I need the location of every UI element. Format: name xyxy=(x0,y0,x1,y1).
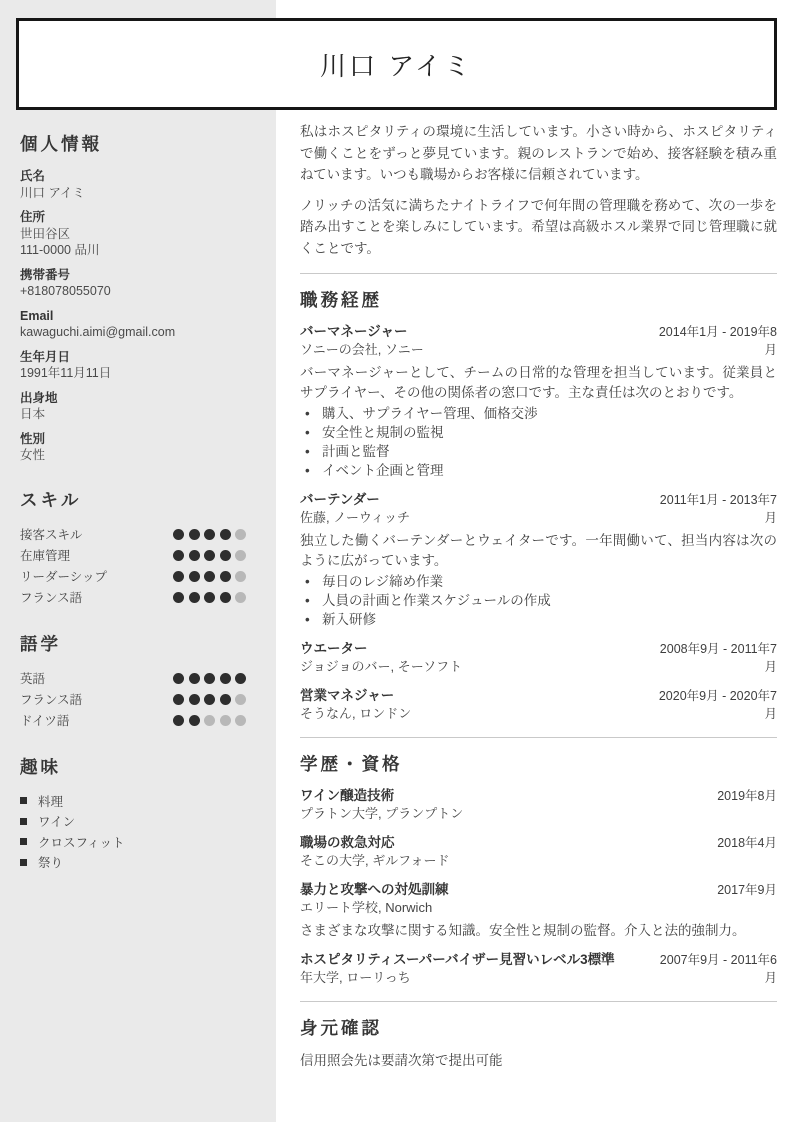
entry-dates: 2018年4月 xyxy=(657,834,777,871)
level-dot-filled xyxy=(173,715,184,726)
personal-field: 住所世田谷区 111-0000 品川 xyxy=(20,209,246,259)
entry-dates: 2011年1月 - 2013年7月 xyxy=(657,491,777,528)
entry-title: ウエーター xyxy=(300,640,653,659)
hobby-label: 料理 xyxy=(38,792,63,810)
level-dot-filled xyxy=(204,592,215,603)
education-entry: ワイン醸造技術プラトン大学, プランプトン2019年8月 xyxy=(300,787,777,824)
entry-bullet-list: 購入、サプライヤー管理、価格交渉安全性と規制の監視計画と監督イベント企画と管理 xyxy=(300,404,777,481)
hobby-item: 料理 xyxy=(20,791,246,812)
entry-head: 職場の救急対応そこの大学, ギルフォード2018年4月 xyxy=(300,834,777,871)
level-dot-filled xyxy=(173,529,184,540)
skills-label: フランス語 xyxy=(20,588,82,606)
entry-organization: プラトン大学, プランプトン xyxy=(300,805,653,824)
entry-dates: 2020年9月 - 2020年7月 xyxy=(657,687,777,724)
languages-title: 語学 xyxy=(20,632,246,656)
level-dot-empty xyxy=(235,550,246,561)
field-label: 住所 xyxy=(20,209,246,226)
entry-title: 職場の救急対応 xyxy=(300,834,653,853)
level-dot-empty xyxy=(235,571,246,582)
level-dot-filled xyxy=(220,694,231,705)
work-entry: 営業マネジャーそうなん, ロンドン2020年9月 - 2020年7月 xyxy=(300,687,777,724)
references-title: 身元確認 xyxy=(300,1016,777,1040)
entry-bullet-list: 毎日のレジ締め作業人員の計画と作業スケジュールの作成新入研修 xyxy=(300,572,777,630)
entry-dates: 2014年1月 - 2019年8月 xyxy=(657,323,777,360)
languages-label: ドイツ語 xyxy=(20,711,69,729)
entry-bullet: 新入研修 xyxy=(300,610,777,629)
level-dots xyxy=(173,571,246,582)
entry-head: 暴力と攻撃への対処訓練エリート学校, Norwich2017年9月 xyxy=(300,881,777,918)
entry-head: ワイン醸造技術プラトン大学, プランプトン2019年8月 xyxy=(300,787,777,824)
skills-row: 接客スキル xyxy=(20,524,246,545)
entry-bullet: 人員の計画と作業スケジュールの作成 xyxy=(300,591,777,610)
skills-row: フランス語 xyxy=(20,587,246,608)
languages-row: フランス語 xyxy=(20,689,246,710)
level-dot-filled xyxy=(204,673,215,684)
entry-organization: 年大学, ローリっち xyxy=(300,969,653,988)
level-dot-filled xyxy=(220,571,231,582)
work-history-section: 職務経歴 バーマネージャーソニーの会社, ソニー2014年1月 - 2019年8… xyxy=(300,288,777,724)
profile-summary: 私はホスピタリティの環境に生活しています。小さい時から、ホスピタリティで働くこと… xyxy=(300,121,777,260)
level-dot-empty xyxy=(220,715,231,726)
entry-left: 営業マネジャーそうなん, ロンドン xyxy=(300,687,657,724)
entry-organization: そこの大学, ギルフォード xyxy=(300,852,653,871)
skill-rows: 接客スキル在庫管理リーダーシップフランス語 xyxy=(20,524,246,608)
resume-page: 個人情報 氏名川口 アイミ住所世田谷区 111-0000 品川携帯番号+8180… xyxy=(0,0,793,1122)
education-entry: 暴力と攻撃への対処訓練エリート学校, Norwich2017年9月さまざまな攻撃… xyxy=(300,881,777,941)
square-bullet-icon xyxy=(20,818,27,825)
hobby-item: 祭り xyxy=(20,852,246,873)
level-dot-filled xyxy=(235,673,246,684)
profile-paragraph: 私はホスピタリティの環境に生活しています。小さい時から、ホスピタリティで働くこと… xyxy=(300,121,777,186)
square-bullet-icon xyxy=(20,838,27,845)
level-dot-filled xyxy=(173,571,184,582)
entry-left: バーマネージャーソニーの会社, ソニー xyxy=(300,323,657,360)
level-dot-empty xyxy=(235,529,246,540)
level-dot-filled xyxy=(204,571,215,582)
hobby-item: クロスフィット xyxy=(20,832,246,853)
hobby-label: 祭り xyxy=(38,853,63,871)
language-rows: 英語フランス語ドイツ語 xyxy=(20,668,246,731)
field-label: 出身地 xyxy=(20,390,246,407)
personal-field: 生年月日1991年11月11日 xyxy=(20,349,246,382)
entry-bullet: イベント企画と管理 xyxy=(300,461,777,480)
field-value: 川口 アイミ xyxy=(20,185,246,202)
square-bullet-icon xyxy=(20,859,27,866)
level-dot-filled xyxy=(189,592,200,603)
field-label: 性別 xyxy=(20,431,246,448)
work-history-title: 職務経歴 xyxy=(300,288,777,312)
entry-title: ワイン醸造技術 xyxy=(300,787,653,806)
education-entries: ワイン醸造技術プラトン大学, プランプトン2019年8月職場の救急対応そこの大学… xyxy=(300,787,777,988)
entry-bullet: 購入、サプライヤー管理、価格交渉 xyxy=(300,404,777,423)
hobby-item: ワイン xyxy=(20,811,246,832)
entry-head: ウエータージョジョのバー, そーソフト2008年9月 - 2011年7月 xyxy=(300,640,777,677)
field-value: +818078055070 xyxy=(20,283,246,300)
entry-dates: 2017年9月 xyxy=(657,881,777,918)
level-dot-empty xyxy=(235,694,246,705)
skills-title: スキル xyxy=(20,488,246,512)
entry-head: ホスピタリティスーパーバイザー見習いレベル3標準年大学, ローリっち2007年9… xyxy=(300,951,777,988)
languages-section: 語学 英語フランス語ドイツ語 xyxy=(20,632,246,731)
work-entry: バーマネージャーソニーの会社, ソニー2014年1月 - 2019年8月バーマネ… xyxy=(300,323,777,481)
field-label: 氏名 xyxy=(20,168,246,185)
level-dot-filled xyxy=(220,592,231,603)
work-entry: バーテンダー佐藤, ノーウィッチ2011年1月 - 2013年7月独立した働くバ… xyxy=(300,491,777,630)
level-dots xyxy=(173,529,246,540)
level-dot-filled xyxy=(189,571,200,582)
level-dot-filled xyxy=(189,529,200,540)
level-dot-filled xyxy=(220,550,231,561)
entry-left: 職場の救急対応そこの大学, ギルフォード xyxy=(300,834,657,871)
entry-dates: 2019年8月 xyxy=(657,787,777,824)
square-bullet-icon xyxy=(20,797,27,804)
work-entry: ウエータージョジョのバー, そーソフト2008年9月 - 2011年7月 xyxy=(300,640,777,677)
entry-organization: そうなん, ロンドン xyxy=(300,705,653,724)
entry-description: さまざまな攻撃に関する知識。安全性と規制の監督。介入と法的強制力。 xyxy=(300,921,777,941)
divider xyxy=(300,273,777,274)
skills-row: リーダーシップ xyxy=(20,566,246,587)
skills-label: 在庫管理 xyxy=(20,546,70,564)
education-title: 学歴・資格 xyxy=(300,752,777,776)
entry-left: ワイン醸造技術プラトン大学, プランプトン xyxy=(300,787,657,824)
personal-info-title: 個人情報 xyxy=(20,132,246,156)
entry-bullet: 安全性と規制の監視 xyxy=(300,423,777,442)
level-dot-filled xyxy=(220,529,231,540)
level-dot-filled xyxy=(173,550,184,561)
hobby-label: ワイン xyxy=(38,812,75,830)
level-dot-filled xyxy=(204,529,215,540)
skills-label: リーダーシップ xyxy=(20,567,107,585)
level-dot-filled xyxy=(189,694,200,705)
entry-bullet: 毎日のレジ締め作業 xyxy=(300,572,777,591)
field-value: 女性 xyxy=(20,447,246,464)
level-dot-filled xyxy=(189,715,200,726)
field-label: Email xyxy=(20,308,246,325)
hobby-label: クロスフィット xyxy=(38,833,125,851)
languages-label: フランス語 xyxy=(20,690,82,708)
work-entries: バーマネージャーソニーの会社, ソニー2014年1月 - 2019年8月バーマネ… xyxy=(300,323,777,724)
references-section: 身元確認 信用照会先は要請次第で提出可能 xyxy=(300,1016,777,1071)
level-dot-filled xyxy=(220,673,231,684)
entry-title: ホスピタリティスーパーバイザー見習いレベル3標準 xyxy=(300,951,653,970)
languages-row: 英語 xyxy=(20,668,246,689)
entry-dates: 2008年9月 - 2011年7月 xyxy=(657,640,777,677)
personal-field: Emailkawaguchi.aimi@gmail.com xyxy=(20,308,246,341)
entry-description: 独立した働くバーテンダーとウェイターです。一年間働いて、担当内容は次のように広が… xyxy=(300,531,777,571)
entry-left: バーテンダー佐藤, ノーウィッチ xyxy=(300,491,657,528)
entry-dates: 2007年9月 - 2011年6月 xyxy=(657,951,777,988)
education-section: 学歴・資格 ワイン醸造技術プラトン大学, プランプトン2019年8月職場の救急対… xyxy=(300,752,777,988)
entry-left: 暴力と攻撃への対処訓練エリート学校, Norwich xyxy=(300,881,657,918)
entry-organization: ジョジョのバー, そーソフト xyxy=(300,658,653,677)
level-dot-filled xyxy=(189,550,200,561)
languages-row: ドイツ語 xyxy=(20,710,246,731)
field-label: 生年月日 xyxy=(20,349,246,366)
level-dot-filled xyxy=(204,694,215,705)
divider xyxy=(300,737,777,738)
sidebar: 個人情報 氏名川口 アイミ住所世田谷区 111-0000 品川携帯番号+8180… xyxy=(0,0,276,1122)
level-dot-empty xyxy=(235,592,246,603)
entry-head: 営業マネジャーそうなん, ロンドン2020年9月 - 2020年7月 xyxy=(300,687,777,724)
entry-organization: ソニーの会社, ソニー xyxy=(300,341,653,360)
personal-field: 性別女性 xyxy=(20,431,246,464)
level-dot-filled xyxy=(173,694,184,705)
level-dot-filled xyxy=(173,592,184,603)
entry-organization: エリート学校, Norwich xyxy=(300,899,653,918)
personal-field: 氏名川口 アイミ xyxy=(20,168,246,201)
education-entry: ホスピタリティスーパーバイザー見習いレベル3標準年大学, ローリっち2007年9… xyxy=(300,951,777,988)
references-text: 信用照会先は要請次第で提出可能 xyxy=(300,1051,777,1071)
skills-label: 接客スキル xyxy=(20,525,82,543)
hobbies-section: 趣味 料理ワインクロスフィット祭り xyxy=(20,755,246,873)
entry-description: バーマネージャーとして、チームの日常的な管理を担当しています。従業員とサプライヤ… xyxy=(300,363,777,403)
divider xyxy=(300,1001,777,1002)
entry-organization: 佐藤, ノーウィッチ xyxy=(300,509,653,528)
hobby-list: 料理ワインクロスフィット祭り xyxy=(20,791,246,873)
level-dots xyxy=(173,673,246,684)
level-dot-filled xyxy=(173,673,184,684)
skills-row: 在庫管理 xyxy=(20,545,246,566)
field-value: kawaguchi.aimi@gmail.com xyxy=(20,324,246,341)
entry-title: バーテンダー xyxy=(300,491,653,510)
entry-left: ホスピタリティスーパーバイザー見習いレベル3標準年大学, ローリっち xyxy=(300,951,657,988)
personal-fields: 氏名川口 アイミ住所世田谷区 111-0000 品川携帯番号+818078055… xyxy=(20,168,246,464)
person-name: 川口 アイミ xyxy=(320,46,473,83)
level-dots xyxy=(173,550,246,561)
personal-info-section: 個人情報 氏名川口 アイミ住所世田谷区 111-0000 品川携帯番号+8180… xyxy=(20,132,246,464)
level-dots xyxy=(173,715,246,726)
level-dot-filled xyxy=(189,673,200,684)
entry-title: バーマネージャー xyxy=(300,323,653,342)
entry-title: 暴力と攻撃への対処訓練 xyxy=(300,881,653,900)
level-dot-filled xyxy=(204,550,215,561)
entry-bullet: 計画と監督 xyxy=(300,442,777,461)
entry-title: 営業マネジャー xyxy=(300,687,653,706)
languages-label: 英語 xyxy=(20,669,45,687)
profile-paragraph: ノリッチの活気に満ちたナイトライフで何年間の管理職を務めて、次の一歩を踏み出すこ… xyxy=(300,195,777,260)
level-dot-empty xyxy=(235,715,246,726)
education-entry: 職場の救急対応そこの大学, ギルフォード2018年4月 xyxy=(300,834,777,871)
name-header-box: 川口 アイミ xyxy=(16,18,777,110)
entry-left: ウエータージョジョのバー, そーソフト xyxy=(300,640,657,677)
level-dots xyxy=(173,694,246,705)
level-dot-empty xyxy=(204,715,215,726)
skills-section: スキル 接客スキル在庫管理リーダーシップフランス語 xyxy=(20,488,246,608)
personal-field: 携帯番号+818078055070 xyxy=(20,267,246,300)
main-content: 私はホスピタリティの環境に生活しています。小さい時から、ホスピタリティで働くこと… xyxy=(300,121,777,1071)
hobbies-title: 趣味 xyxy=(20,755,246,779)
level-dots xyxy=(173,592,246,603)
field-value: 1991年11月11日 xyxy=(20,365,246,382)
entry-head: バーマネージャーソニーの会社, ソニー2014年1月 - 2019年8月 xyxy=(300,323,777,360)
field-label: 携帯番号 xyxy=(20,267,246,284)
field-value: 世田谷区 111-0000 品川 xyxy=(20,226,246,259)
field-value: 日本 xyxy=(20,406,246,423)
personal-field: 出身地日本 xyxy=(20,390,246,423)
entry-head: バーテンダー佐藤, ノーウィッチ2011年1月 - 2013年7月 xyxy=(300,491,777,528)
